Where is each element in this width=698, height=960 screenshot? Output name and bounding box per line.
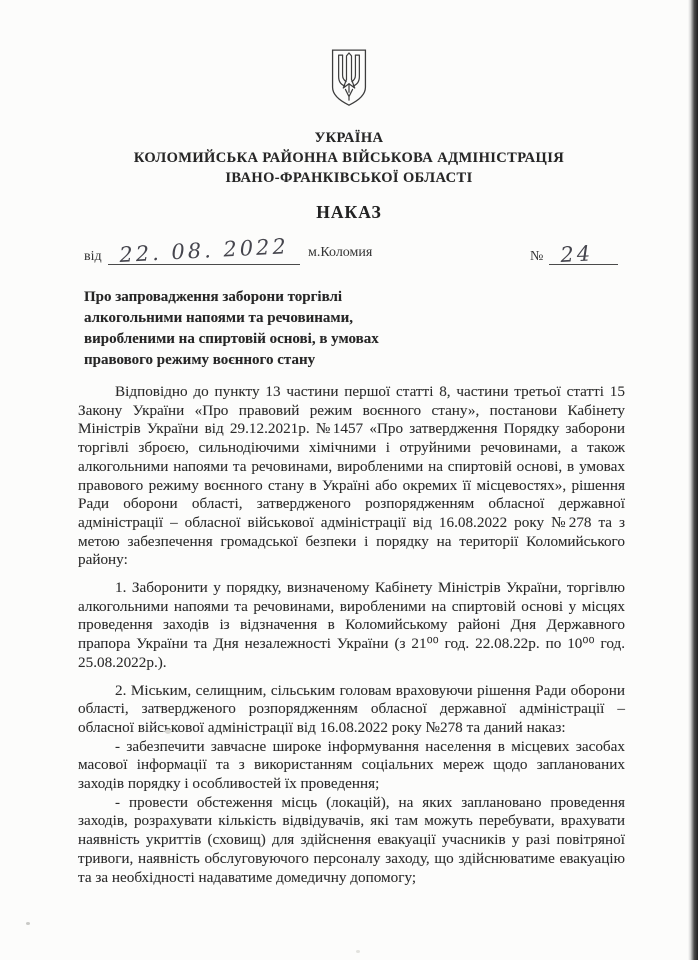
- org-name-line2: ІВАНО-ФРАНКІВСЬКОЇ ОБЛАСТІ: [0, 169, 698, 187]
- date-field: від 22. 08. 2022: [84, 244, 300, 265]
- handwritten-date: 22. 08. 2022: [118, 234, 289, 267]
- scanned-order-document: УКРАЇНА КОЛОМИЙСЬКА РАЙОННА ВІЙСЬКОВА АД…: [0, 0, 698, 960]
- date-underline: 22. 08. 2022: [108, 244, 300, 265]
- coat-of-arms-icon: [327, 48, 371, 108]
- country-name: УКРАЇНА: [0, 129, 698, 147]
- subject-line: виробленими на спиртовій основі, в умова…: [84, 329, 488, 350]
- subject-line: правового режиму воєнного стану: [84, 350, 488, 371]
- number-underline: 24: [549, 244, 618, 265]
- number-field: № 24: [530, 244, 618, 265]
- date-label: від: [84, 249, 102, 265]
- paragraph-point-1: 1. Заборонити у порядку, визначеному Каб…: [78, 579, 625, 673]
- subject-line: Про запровадження заборони торгівлі: [84, 287, 488, 308]
- subject-block: Про запровадження заборони торгівлі алко…: [84, 287, 488, 371]
- scan-edge-shadow: [688, 0, 698, 960]
- paragraph-bullet-inform: - забезпечити завчасне широке інформуван…: [78, 738, 625, 794]
- paragraph-preamble: Відповідно до пункту 13 частини першої с…: [78, 383, 625, 570]
- number-label: №: [530, 249, 543, 265]
- scan-noise-speck: [26, 922, 30, 925]
- document-body: Відповідно до пункту 13 частини першої с…: [78, 383, 625, 887]
- org-name-line1: КОЛОМИЙСЬКА РАЙОННА ВІЙСЬКОВА АДМІНІСТРА…: [0, 149, 698, 167]
- place-name: м.Коломия: [308, 245, 372, 261]
- subject-line: алкогольними напоями та речовинами,: [84, 308, 488, 329]
- meta-row: від 22. 08. 2022 м.Коломия № 24: [84, 235, 618, 267]
- document-type-title: НАКАЗ: [0, 202, 698, 223]
- paragraph-point-2: 2. Міським, селищним, сільським головам …: [78, 682, 625, 738]
- paragraph-bullet-survey: - провести обстеження місць (локацій), н…: [78, 794, 625, 888]
- handwritten-number: 24: [560, 241, 594, 267]
